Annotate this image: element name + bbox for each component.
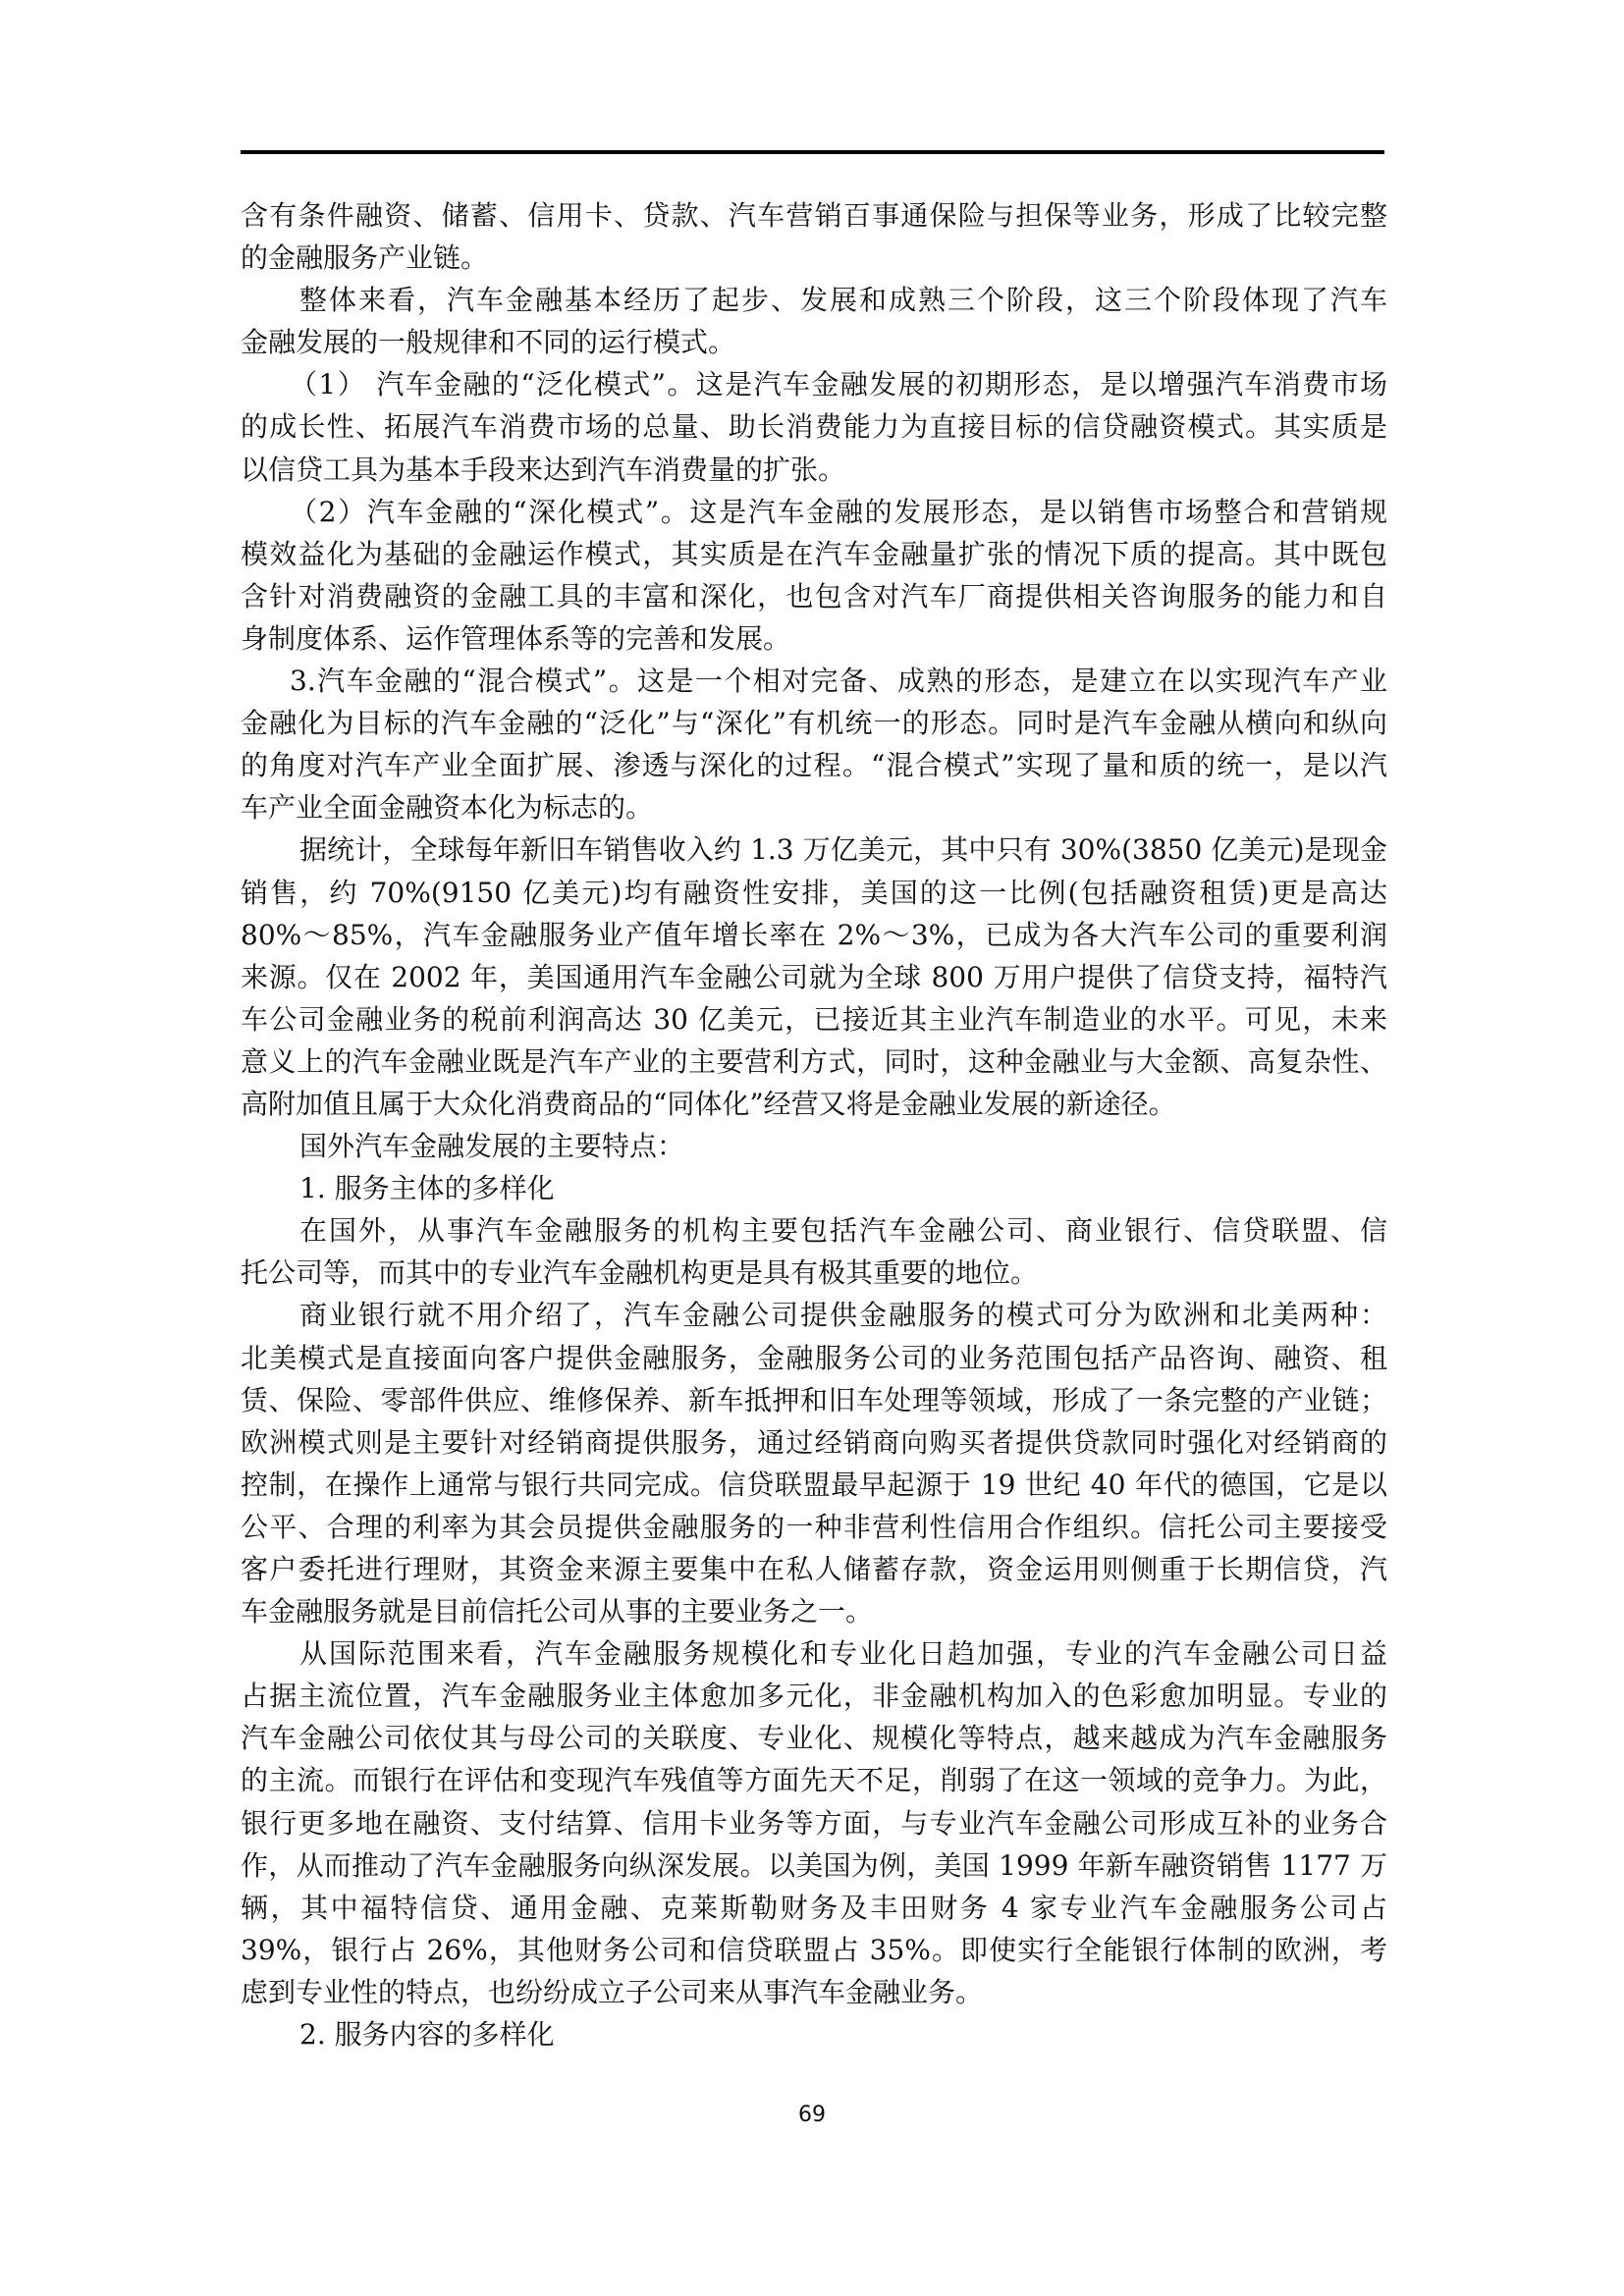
body-line: 汽车金融公司依仗其与母公司的关联度、专业化、规模化等特点，越来越成为汽车金融服务 <box>241 1717 1387 1759</box>
body-line: 80%～85%，汽车金融服务业产值年增长率在 2%～3%，已成为各大汽车公司的重… <box>241 914 1387 956</box>
body-line: 客户委托进行理财，其资金来源主要集中在私人储蓄存款，资金运用则侧重于长期信贷，汽 <box>241 1548 1387 1590</box>
body-line: 车公司金融业务的税前利润高达 30 亿美元，已接近其主业汽车制造业的水平。可见，… <box>241 998 1387 1041</box>
body-line: 以信贷工具为基本手段来达到汽车消费量的扩张。 <box>241 449 1387 491</box>
paragraph-first-line: 在国外，从事汽车金融服务的机构主要包括汽车金融公司、商业银行、信贷联盟、信 <box>241 1209 1387 1252</box>
body-line: 的成长性、拓展汽车消费市场的总量、助长消费能力为直接目标的信贷融资模式。其实质是 <box>241 405 1387 448</box>
body-line: 的金融服务产业链。 <box>241 237 1387 279</box>
paragraph-first-line: 3.汽车金融的“混合模式”。这是一个相对完备、成熟的形态，是建立在以实现汽车产业 <box>241 660 1387 702</box>
section-intro: 国外汽车金融发展的主要特点： <box>241 1125 1387 1167</box>
body-line: 含有条件融资、储蓄、信用卡、贷款、汽车营销百事通保险与担保等业务，形成了比较完整 <box>241 194 1387 237</box>
body-line: 虑到专业性的特点，也纷纷成立子公司来从事汽车金融业务。 <box>241 1971 1387 2013</box>
subheading-1: 1. 服务主体的多样化 <box>241 1167 1387 1209</box>
body-line: 赁、保险、零部件供应、维修保养、新车抵押和旧车处理等领域，形成了一条完整的产业链… <box>241 1379 1387 1421</box>
body-line: 的角度对汽车产业全面扩展、渗透与深化的过程。“混合模式”实现了量和质的统一，是以… <box>241 744 1387 786</box>
body-line: 意义上的汽车金融业既是汽车产业的主要营利方式，同时，这种金融业与大金额、高复杂性… <box>241 1041 1387 1083</box>
body-line: 控制，在操作上通常与银行共同完成。信贷联盟最早起源于 19 世纪 40 年代的德… <box>241 1464 1387 1506</box>
paragraph-first-line: （2）汽车金融的“深化模式”。这是汽车金融的发展形态，是以销售市场整合和营销规 <box>241 491 1387 533</box>
body-line: 作，从而推动了汽车金融服务向纵深发展。以美国为例，美国 1999 年新车融资销售… <box>241 1844 1387 1887</box>
body-line: 金融化为目标的汽车金融的“泛化”与“深化”有机统一的形态。同时是汽车金融从横向和… <box>241 702 1387 744</box>
body-line: 含针对消费融资的金融工具的丰富和深化，也包含对汽车厂商提供相关咨询服务的能力和自 <box>241 575 1387 617</box>
body-line: 公平、合理的利率为其会员提供金融服务的一种非营利性信用合作组织。信托公司主要接受 <box>241 1506 1387 1548</box>
body-line: 银行更多地在融资、支付结算、信用卡业务等方面，与专业汽车金融公司形成互补的业务合 <box>241 1802 1387 1844</box>
body-line: 托公司等，而其中的专业汽车金融机构更是具有极其重要的地位。 <box>241 1252 1387 1294</box>
body-line: 车金融服务就是目前信托公司从事的主要业务之一。 <box>241 1590 1387 1632</box>
paragraph-first-line: 整体来看，汽车金融基本经历了起步、发展和成熟三个阶段，这三个阶段体现了汽车 <box>241 279 1387 321</box>
subheading-2: 2. 服务内容的多样化 <box>241 2013 1387 2056</box>
body-line: 高附加值且属于大众化消费商品的“同体化”经营又将是金融业发展的新途径。 <box>241 1083 1387 1125</box>
paragraph-first-line: 从国际范围来看，汽车金融服务规模化和专业化日趋加强，专业的汽车金融公司日益 <box>241 1632 1387 1675</box>
body-line: 来源。仅在 2002 年，美国通用汽车金融公司就为全球 800 万用户提供了信贷… <box>241 956 1387 998</box>
body-line: 车产业全面金融资本化为标志的。 <box>241 786 1387 828</box>
body-line: 39%，银行占 26%，其他财务公司和信贷联盟占 35%。即使实行全能银行体制的… <box>241 1929 1387 1971</box>
paragraph-first-line: 据统计，全球每年新旧车销售收入约 1.3 万亿美元，其中只有 30%(3850 … <box>241 828 1387 871</box>
body-line: 北美模式是直接面向客户提供金融服务，金融服务公司的业务范围包括产品咨询、融资、租 <box>241 1337 1387 1379</box>
page-number: 69 <box>0 2103 1624 2127</box>
page-body: 含有条件融资、储蓄、信用卡、贷款、汽车营销百事通保险与担保等业务，形成了比较完整… <box>241 194 1387 2056</box>
body-line: 辆，其中福特信贷、通用金融、克莱斯勒财务及丰田财务 4 家专业汽车金融服务公司占 <box>241 1887 1387 1929</box>
body-line: 金融发展的一般规律和不同的运行模式。 <box>241 321 1387 363</box>
body-line: 模效益化为基础的金融运作模式，其实质是在汽车金融量扩张的情况下质的提高。其中既包 <box>241 533 1387 575</box>
body-line: 的主流。而银行在评估和变现汽车残值等方面先天不足，削弱了在这一领域的竞争力。为此… <box>241 1759 1387 1801</box>
body-line: 欧洲模式则是主要针对经销商提供服务，通过经销商向购买者提供贷款同时强化对经销商的 <box>241 1421 1387 1464</box>
paragraph-first-line: 商业银行就不用介绍了，汽车金融公司提供金融服务的模式可分为欧洲和北美两种： <box>241 1294 1387 1336</box>
body-line: 身制度体系、运作管理体系等的完善和发展。 <box>241 617 1387 660</box>
body-line: 销售，约 70%(9150 亿美元)均有融资性安排，美国的这一比例(包括融资租赁… <box>241 872 1387 914</box>
body-line: 占据主流位置，汽车金融服务业主体愈加多元化，非金融机构加入的色彩愈加明显。专业的 <box>241 1675 1387 1717</box>
paragraph-first-line: （1） 汽车金融的“泛化模式”。这是汽车金融发展的初期形态，是以增强汽车消费市场 <box>241 363 1387 405</box>
header-rule <box>241 150 1384 154</box>
